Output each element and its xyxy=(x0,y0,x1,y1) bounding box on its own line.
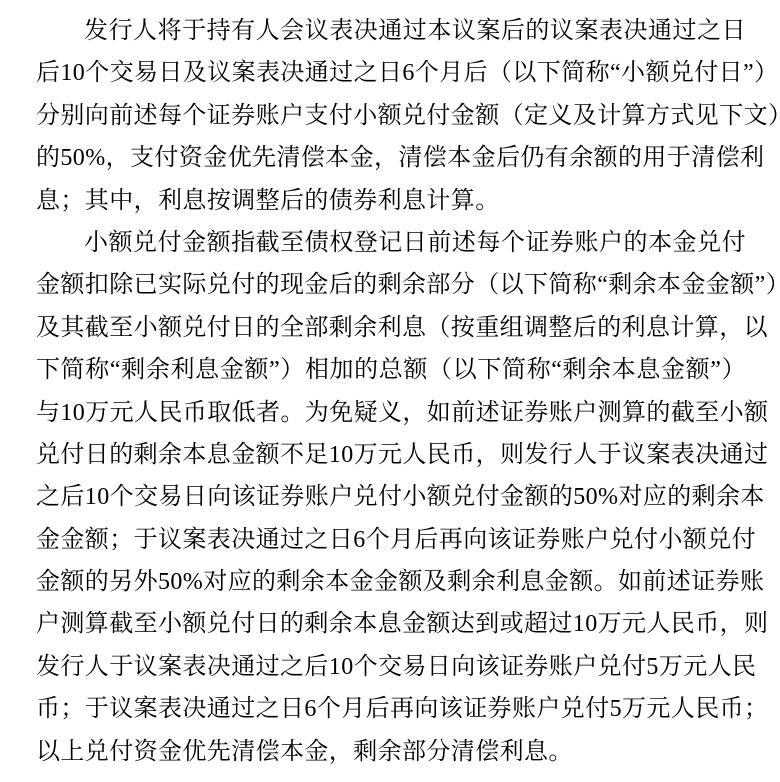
text-line: 息；其中，利息按调整后的债券利息计算。 xyxy=(36,180,746,222)
text-line: 兑付日的剩余本息金额不足10万元人民币，则发行人于议案表决通过 xyxy=(36,434,746,476)
text-line: 金额扣除已实际兑付的现金后的剩余部分（以下简称“剩余本金金额”） xyxy=(36,264,746,306)
document-page: 发行人将于持有人会议表决通过本议案后的议案表决通过之日 后10个交易日及议案表决… xyxy=(0,0,780,782)
text-line: 发行人于议案表决通过之后10个交易日向该证券账户兑付5万元人民 xyxy=(36,646,746,688)
text-line: 发行人将于持有人会议表决通过本议案后的议案表决通过之日 xyxy=(36,10,746,52)
text-line: 后10个交易日及议案表决通过之日6个月后（以下简称“小额兑付日”） xyxy=(36,52,746,94)
text-line: 及其截至小额兑付日的全部剩余利息（按重组调整后的利息计算，以 xyxy=(36,307,746,349)
text-line: 金额的另外50%对应的剩余本金金额及剩余利息金额。如前述证券账 xyxy=(36,561,746,603)
document-text-block: 发行人将于持有人会议表决通过本议案后的议案表决通过之日 后10个交易日及议案表决… xyxy=(36,10,746,773)
text-line: 金金额；于议案表决通过之日6个月后再向该证券账户兑付小额兑付 xyxy=(36,519,746,561)
text-line: 小额兑付金额指截至债权登记日前述每个证券账户的本金兑付 xyxy=(36,222,746,264)
text-line: 与10万元人民币取低者。为免疑义，如前述证券账户测算的截至小额 xyxy=(36,392,746,434)
text-line: 以上兑付资金优先清偿本金，剩余部分清偿利息。 xyxy=(36,731,746,773)
paragraph-1: 发行人将于持有人会议表决通过本议案后的议案表决通过之日 后10个交易日及议案表决… xyxy=(36,10,746,222)
text-line: 下简称“剩余利息金额”）相加的总额（以下简称“剩余本息金额”） xyxy=(36,349,746,391)
text-line: 币；于议案表决通过之日6个月后再向该证券账户兑付5万元人民币； xyxy=(36,688,746,730)
text-line: 户测算截至小额兑付日的剩余本息金额达到或超过10万元人民币，则 xyxy=(36,603,746,645)
text-line: 之后10个交易日向该证券账户兑付小额兑付金额的50%对应的剩余本 xyxy=(36,476,746,518)
paragraph-2: 小额兑付金额指截至债权登记日前述每个证券账户的本金兑付 金额扣除已实际兑付的现金… xyxy=(36,222,746,773)
text-line: 分别向前述每个证券账户支付小额兑付金额（定义及计算方式见下文） xyxy=(36,95,746,137)
text-line: 的50%，支付资金优先清偿本金，清偿本金后仍有余额的用于清偿利 xyxy=(36,137,746,179)
